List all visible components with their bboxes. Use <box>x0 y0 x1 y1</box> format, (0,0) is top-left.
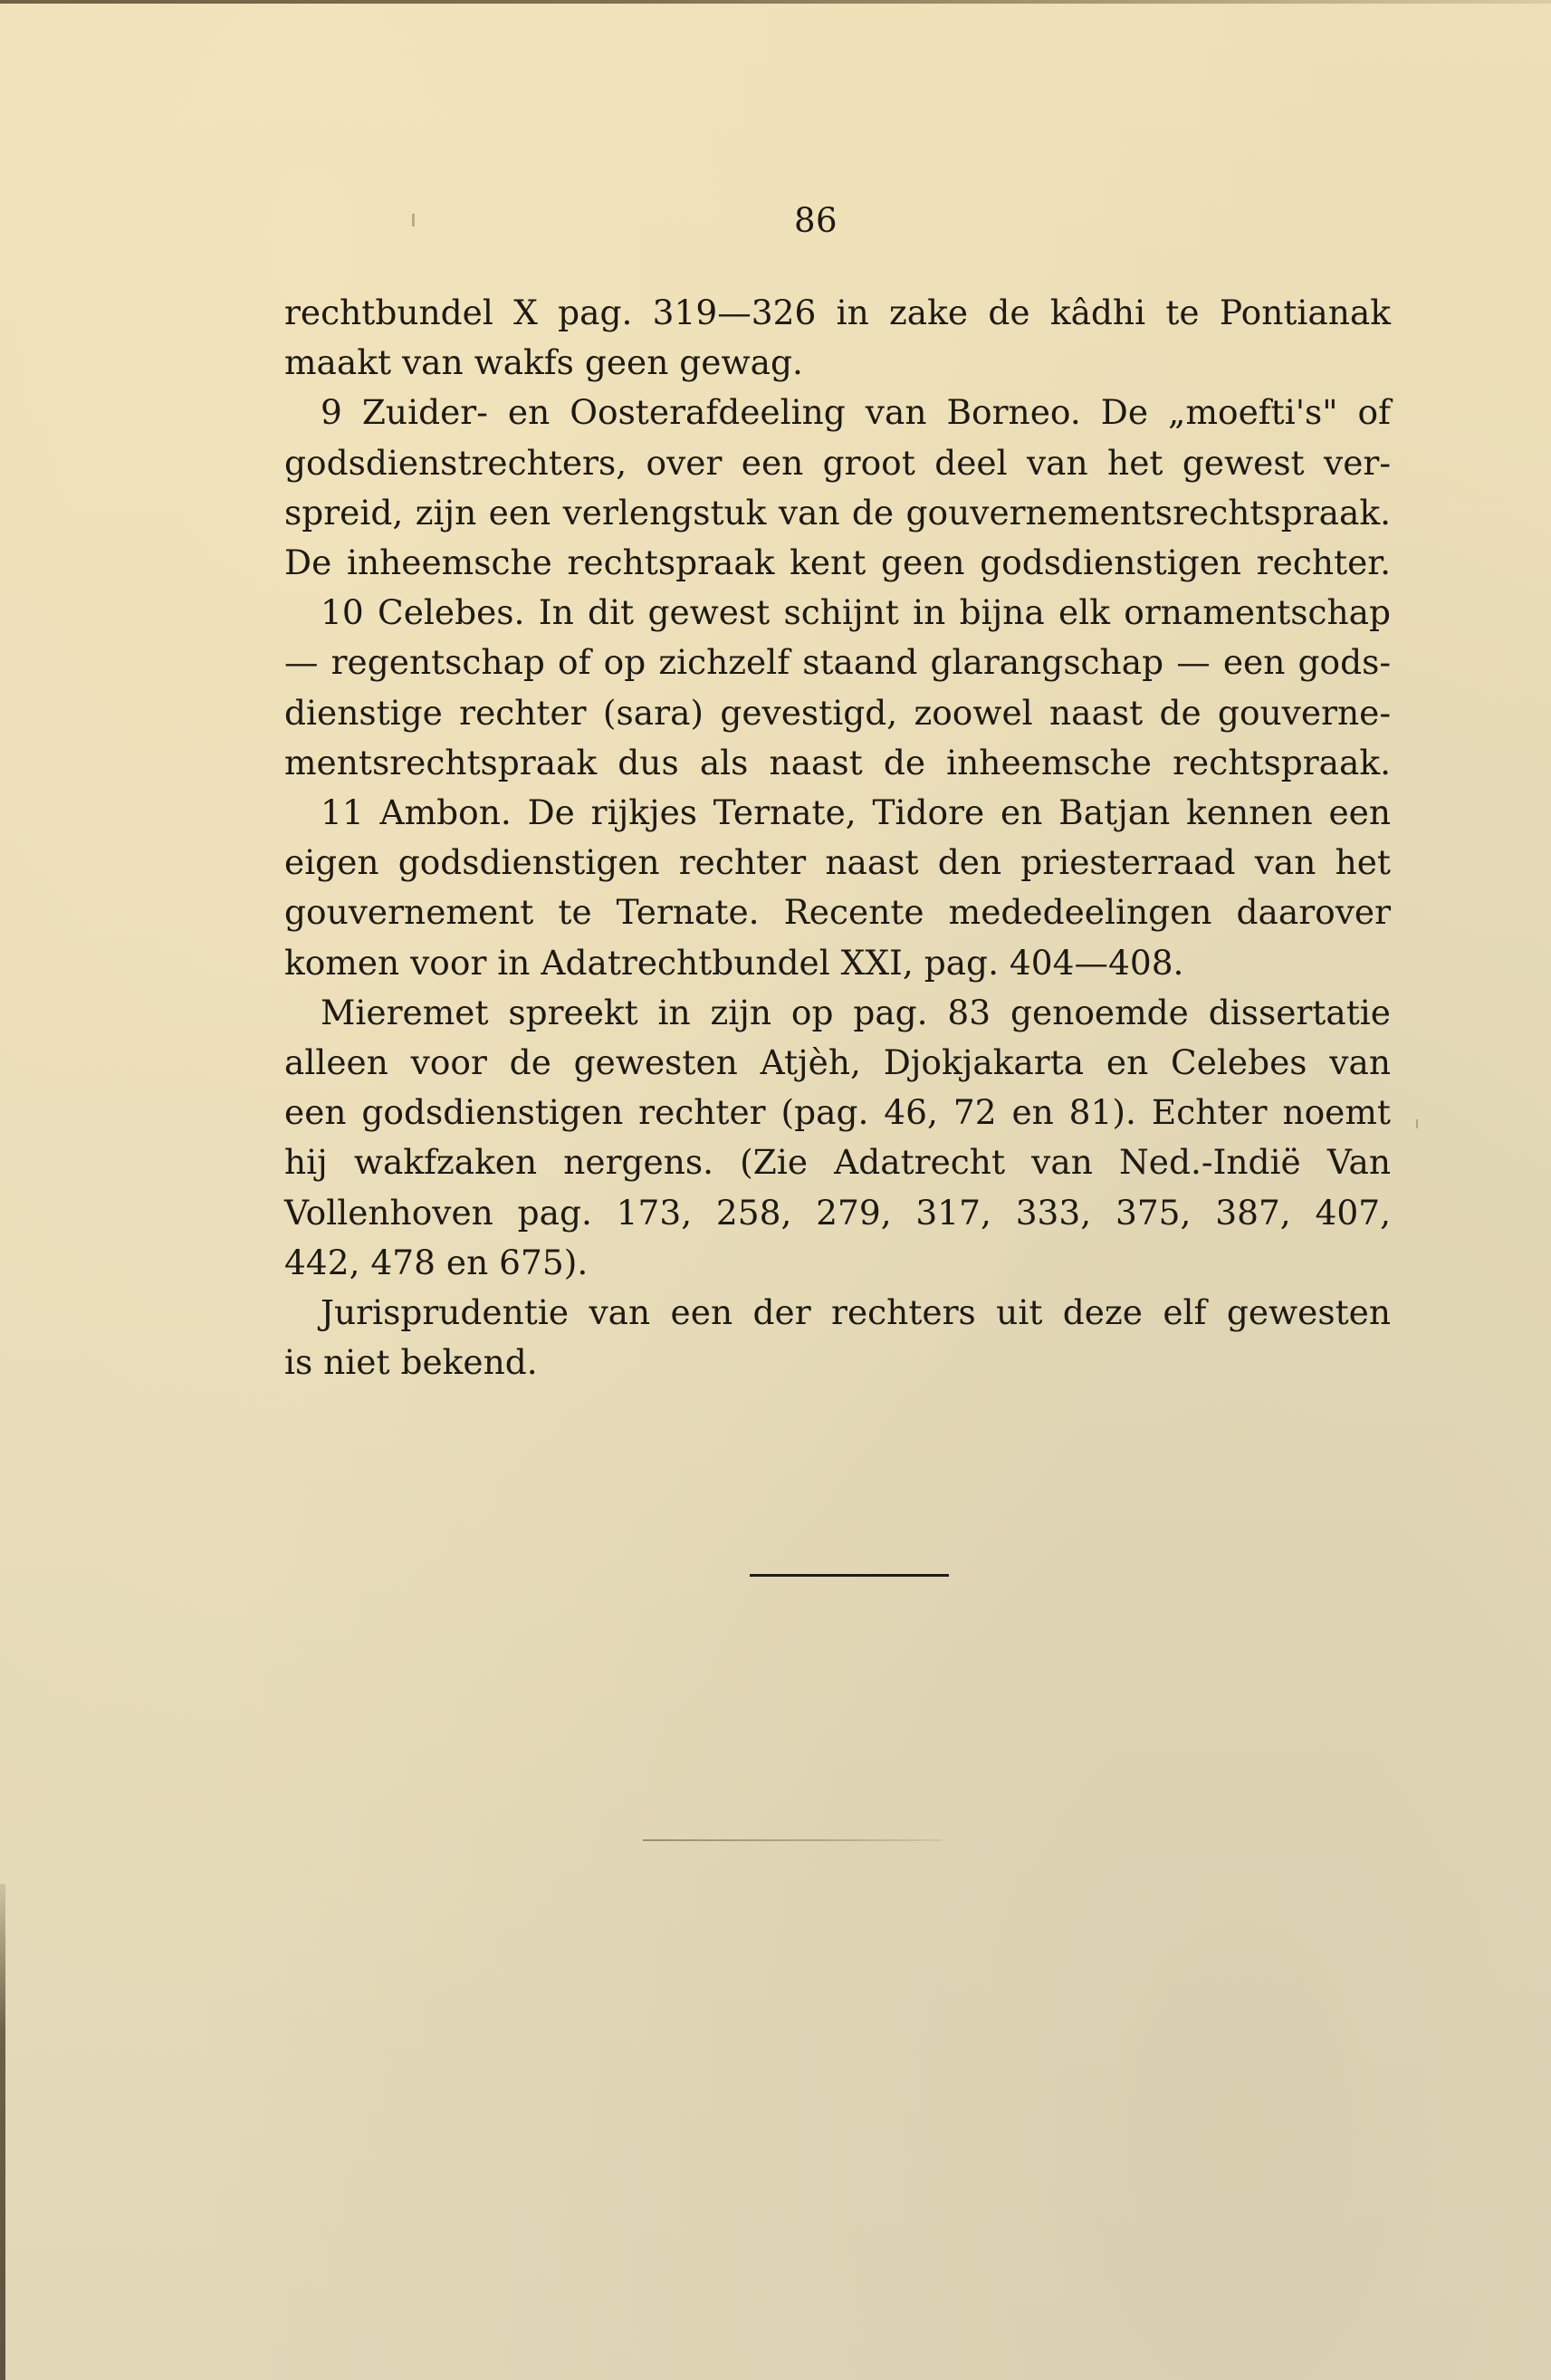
text-line: spreid, zijn een verlengstuk van de gouv… <box>284 488 1391 538</box>
document-body: rechtbundel X pag. 319—326 in zake de kâ… <box>284 288 1391 1387</box>
section-end-rule <box>750 1574 949 1577</box>
text-line: Jurisprudentie van een der rechters uit … <box>284 1288 1391 1338</box>
paragraph-jurisprudentie: Jurisprudentie van een der rechters uit … <box>284 1288 1391 1387</box>
text-line: rechtbundel X pag. 319—326 in zake de kâ… <box>284 288 1391 338</box>
text-line: Vollenhoven pag. 173, 258, 279, 317, 333… <box>284 1188 1391 1238</box>
text-line: 9 Zuider- en Oosterafdeeling van Borneo.… <box>284 388 1391 437</box>
page-number: 86 <box>0 201 1551 240</box>
text-line: mentsrechtspraak dus als naast de inheem… <box>284 738 1391 788</box>
text-line: gouvernement te Ternate. Recente mededee… <box>284 888 1391 937</box>
text-line: dienstige rechter (sara) gevestigd, zoow… <box>284 688 1391 738</box>
paragraph-item-9: 9 Zuider- en Oosterafdeeling van Borneo.… <box>284 388 1391 588</box>
text-line: godsdienstrechters, over een groot deel … <box>284 438 1391 488</box>
text-line: De inheemsche rechtspraak kent geen gods… <box>284 538 1391 588</box>
paragraph-continuation: rechtbundel X pag. 319—326 in zake de kâ… <box>284 288 1391 388</box>
text-line: hij wakfzaken nergens. (Zie Adatrecht va… <box>284 1137 1391 1187</box>
text-line: komen voor in Adatrechtbundel XXI, pag. … <box>284 938 1391 988</box>
paper-speck <box>1416 1119 1418 1128</box>
paragraph-item-11: 11 Ambon. De rijkjes Ternate, Tidore en … <box>284 788 1391 988</box>
text-line: 11 Ambon. De rijkjes Ternate, Tidore en … <box>284 788 1391 838</box>
text-line: eigen godsdienstigen rechter naast den p… <box>284 838 1391 888</box>
text-line: Mieremet spreekt in zijn op pag. 83 geno… <box>284 988 1391 1038</box>
faint-rule-bleedthrough <box>643 1839 942 1841</box>
text-line: een godsdienstigen rechter (pag. 46, 72 … <box>284 1088 1391 1137</box>
text-line: alleen voor de gewesten Atjèh, Djokjakar… <box>284 1038 1391 1088</box>
text-line: — regentschap of op zichzelf staand glar… <box>284 638 1391 687</box>
text-line: 10 Celebes. In dit gewest schijnt in bij… <box>284 588 1391 638</box>
paragraph-mieremet: Mieremet spreekt in zijn op pag. 83 geno… <box>284 988 1391 1288</box>
page-top-edge <box>0 0 1551 4</box>
text-line: is niet bekend. <box>284 1338 1391 1387</box>
paragraph-item-10: 10 Celebes. In dit gewest schijnt in bij… <box>284 588 1391 788</box>
text-line: 442, 478 en 675). <box>284 1238 1391 1288</box>
text-line: maakt van wakfs geen gewag. <box>284 338 1391 388</box>
page-left-edge <box>0 1884 5 2380</box>
